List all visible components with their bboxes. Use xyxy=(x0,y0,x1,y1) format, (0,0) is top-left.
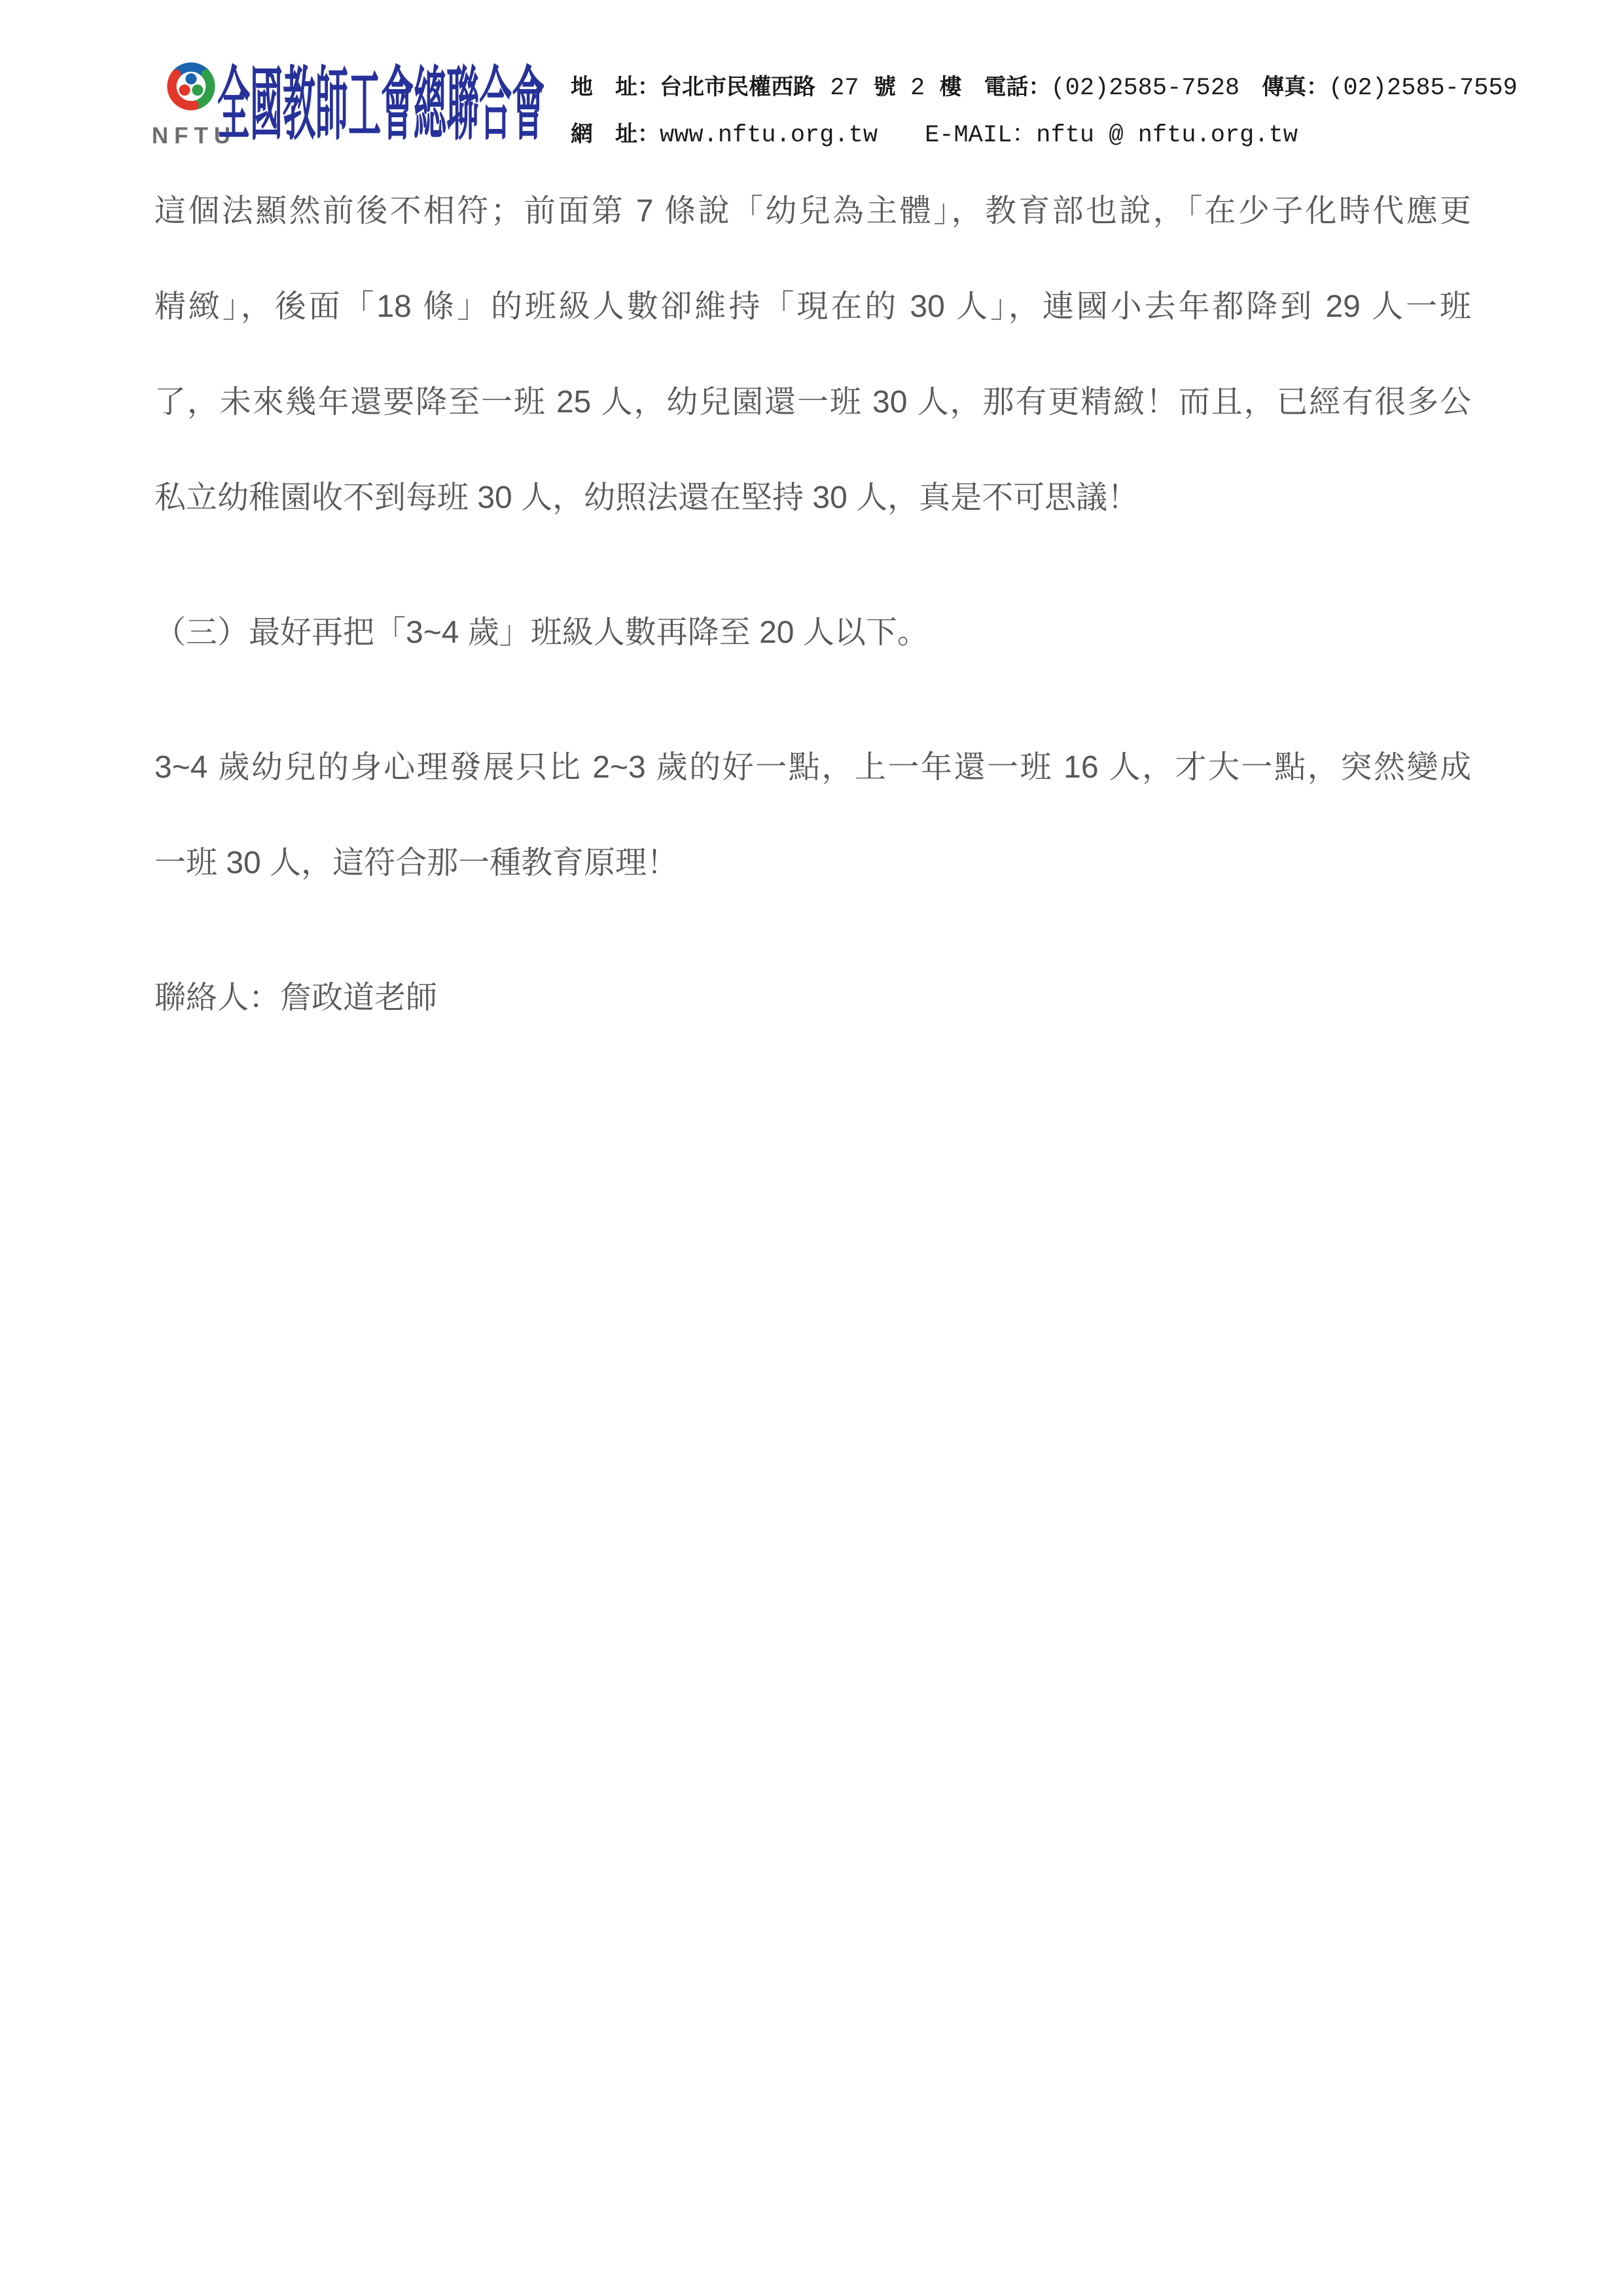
address-floor-number: 2 xyxy=(896,75,940,102)
text-line: 私立幼稚園收不到每班 30 人，幼照法還在堅持 30 人，真是不可思議！ xyxy=(154,450,1471,546)
text-line: 一班 30 人，這符合那一種教育原理！ xyxy=(154,816,1471,911)
fax-value: (02)2585-7559 xyxy=(1329,75,1518,102)
phone-value: (02)2585-7528 xyxy=(1050,75,1240,102)
contact-info: 地 址：台北市民權西路 27 號 2 樓電話：(02)2585-7528傳真：(… xyxy=(571,72,1518,151)
text-line: 精緻」，後面「18 條」的班級人數卻維持「現在的 30 人」，連國小去年都降到 … xyxy=(154,259,1471,355)
website-label: 網 址： xyxy=(571,122,660,147)
contact-line-address: 地 址：台北市民權西路 27 號 2 樓電話：(02)2585-7528傳真：(… xyxy=(571,72,1518,103)
address-floor-unit: 樓 xyxy=(939,75,961,99)
website-value: www.nftu.org.tw xyxy=(660,122,878,149)
email-value: nftu @ nftu.org.tw xyxy=(1036,122,1298,149)
fax-label: 傳真： xyxy=(1262,75,1329,99)
address-label: 地 址： xyxy=(571,75,660,99)
document-page: NFTU 全國教師工會總聯合會 地 址：台北市民權西路 27 號 2 樓電話：(… xyxy=(0,0,1623,2296)
contact-person-line: 聯絡人：詹政道老師 xyxy=(154,950,1471,1046)
text-line: 這個法顯然前後不相符；前面第 7 條說「幼兒為主體」，教育部也說，「在少子化時代… xyxy=(154,164,1471,259)
org-name: 全國教師工會總聯合會 xyxy=(217,63,544,149)
phone-label: 電話： xyxy=(984,75,1050,99)
text-line: 3~4 歲幼兒的身心理發展只比 2~3 歲的好一點，上一年還一班 16 人，才大… xyxy=(154,720,1471,816)
text-line: （三）最好再把「3~4 歲」班級人數再降至 20 人以下。 xyxy=(154,585,1471,681)
letterhead: NFTU 全國教師工會總聯合會 地 址：台北市民權西路 27 號 2 樓電話：(… xyxy=(0,0,1623,170)
text-line: 了，未來幾年還要降至一班 25 人，幼兒園還一班 30 人，那有更精緻！而且，已… xyxy=(154,355,1471,450)
address-number-unit: 號 xyxy=(874,75,896,99)
address-number: 27 xyxy=(815,75,874,102)
document-body: 這個法顯然前後不相符；前面第 7 條說「幼兒為主體」，教育部也說，「在少子化時代… xyxy=(154,164,1471,1085)
paragraph: （三）最好再把「3~4 歲」班級人數再降至 20 人以下。 xyxy=(154,585,1471,681)
paragraph: 這個法顯然前後不相符；前面第 7 條說「幼兒為主體」，教育部也說，「在少子化時代… xyxy=(154,164,1471,546)
contact-line-web: 網 址：www.nftu.org.twE-MAIL：nftu @ nftu.or… xyxy=(571,119,1518,151)
email-label: E-MAIL： xyxy=(925,122,1036,149)
address-street: 台北市民權西路 xyxy=(660,75,815,99)
paragraph-contact: 聯絡人：詹政道老師 xyxy=(154,950,1471,1046)
paragraph: 3~4 歲幼兒的身心理發展只比 2~3 歲的好一點，上一年還一班 16 人，才大… xyxy=(154,720,1471,911)
